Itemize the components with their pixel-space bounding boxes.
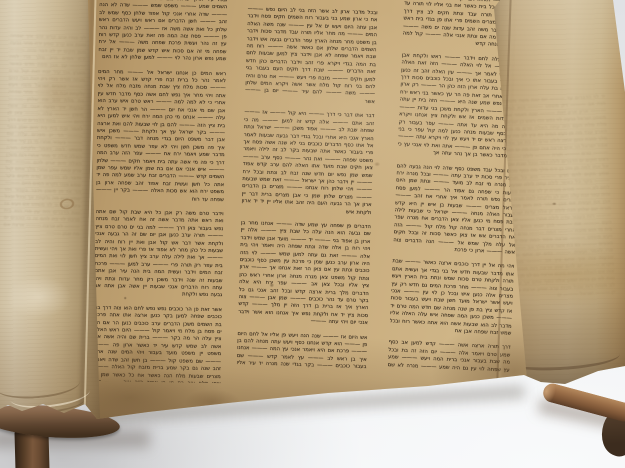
photo-torah-scroll: ובכל עיר ארון ישראל מצרים ונתת שדה אש אב… xyxy=(0,0,625,468)
parchment-sheet: ובכל עיר ארון ישראל מצרים ונתת שדה אש אב… xyxy=(84,0,542,432)
parchment-shading xyxy=(84,0,542,432)
